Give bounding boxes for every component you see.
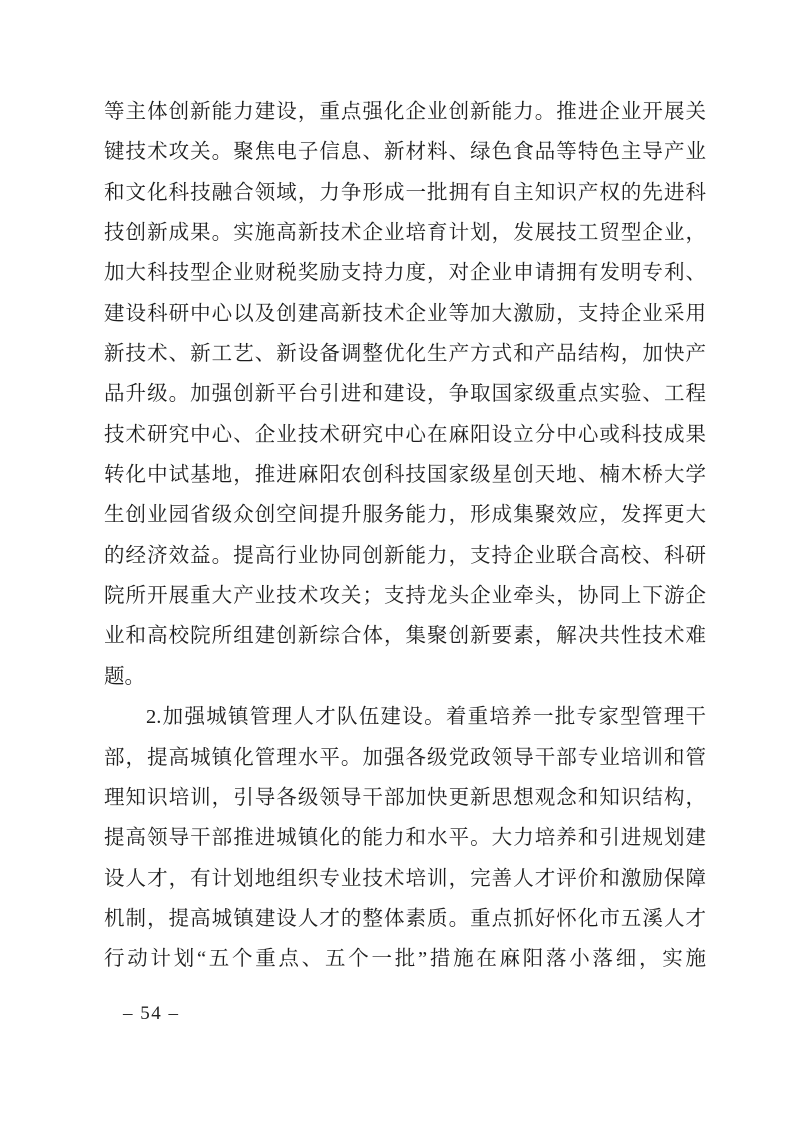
text-line: 新技术、新工艺、新设备调整优化生产方式和产品结构，加快产	[104, 334, 706, 374]
text-line: 键技术攻关。聚焦电子信息、新材料、绿色食品等特色主导产业	[104, 132, 706, 172]
paragraph: 2.加强城镇管理人才队伍建设。着重培养一批专家型管理干部，提高城镇化管理水平。加…	[104, 697, 706, 979]
text-line: 品升级。加强创新平台引进和建设，争取国家级重点实验、工程	[104, 374, 706, 414]
text-line: 转化中试基地，推进麻阳农创科技国家级星创天地、楠木桥大学	[104, 455, 706, 495]
text-line: 机制，提高城镇建设人才的整体素质。重点抓好怀化市五溪人才	[104, 899, 706, 939]
text-line: 等主体创新能力建设，重点强化企业创新能力。推进企业开展关	[104, 92, 706, 132]
page-number: – 54 –	[123, 1000, 180, 1028]
text-line: 理知识培训，引导各级领导干部加快更新思想观念和知识结构，	[104, 778, 706, 818]
text-line: 部，提高城镇化管理水平。加强各级党政领导干部专业培训和管	[104, 738, 706, 778]
text-line: 和文化科技融合领域，力争形成一批拥有自主知识产权的先进科	[104, 173, 706, 213]
text-line: 2.加强城镇管理人才队伍建设。着重培养一批专家型管理干	[104, 697, 706, 737]
text-line: 设人才，有计划地组织专业技术培训，完善人才评价和激励保障	[104, 859, 706, 899]
document-body: 等主体创新能力建设，重点强化企业创新能力。推进企业开展关键技术攻关。聚焦电子信息…	[104, 92, 706, 980]
text-line: 生创业园省级众创空间提升服务能力，形成集聚效应，发挥更大	[104, 495, 706, 535]
text-line: 院所开展重大产业技术攻关；支持龙头企业牵头，协同上下游企	[104, 576, 706, 616]
text-line: 题。	[104, 657, 706, 697]
text-line: 提高领导干部推进城镇化的能力和水平。大力培养和引进规划建	[104, 818, 706, 858]
text-line: 业和高校院所组建创新综合体，集聚创新要素，解决共性技术难	[104, 616, 706, 656]
text-line: 行动计划“五个重点、五个一批”措施在麻阳落小落细，实施	[104, 939, 706, 979]
document-page: 等主体创新能力建设，重点强化企业创新能力。推进企业开展关键技术攻关。聚焦电子信息…	[0, 0, 793, 1122]
text-line: 技术研究中心、企业技术研究中心在麻阳设立分中心或科技成果	[104, 415, 706, 455]
text-line: 技创新成果。实施高新技术企业培育计划，发展技工贸型企业，	[104, 213, 706, 253]
text-line: 的经济效益。提高行业协同创新能力，支持企业联合高校、科研	[104, 536, 706, 576]
text-line: 建设科研中心以及创建高新技术企业等加大激励，支持企业采用	[104, 294, 706, 334]
paragraph: 等主体创新能力建设，重点强化企业创新能力。推进企业开展关键技术攻关。聚焦电子信息…	[104, 92, 706, 697]
text-line: 加大科技型企业财税奖励支持力度，对企业申请拥有发明专利、	[104, 253, 706, 293]
